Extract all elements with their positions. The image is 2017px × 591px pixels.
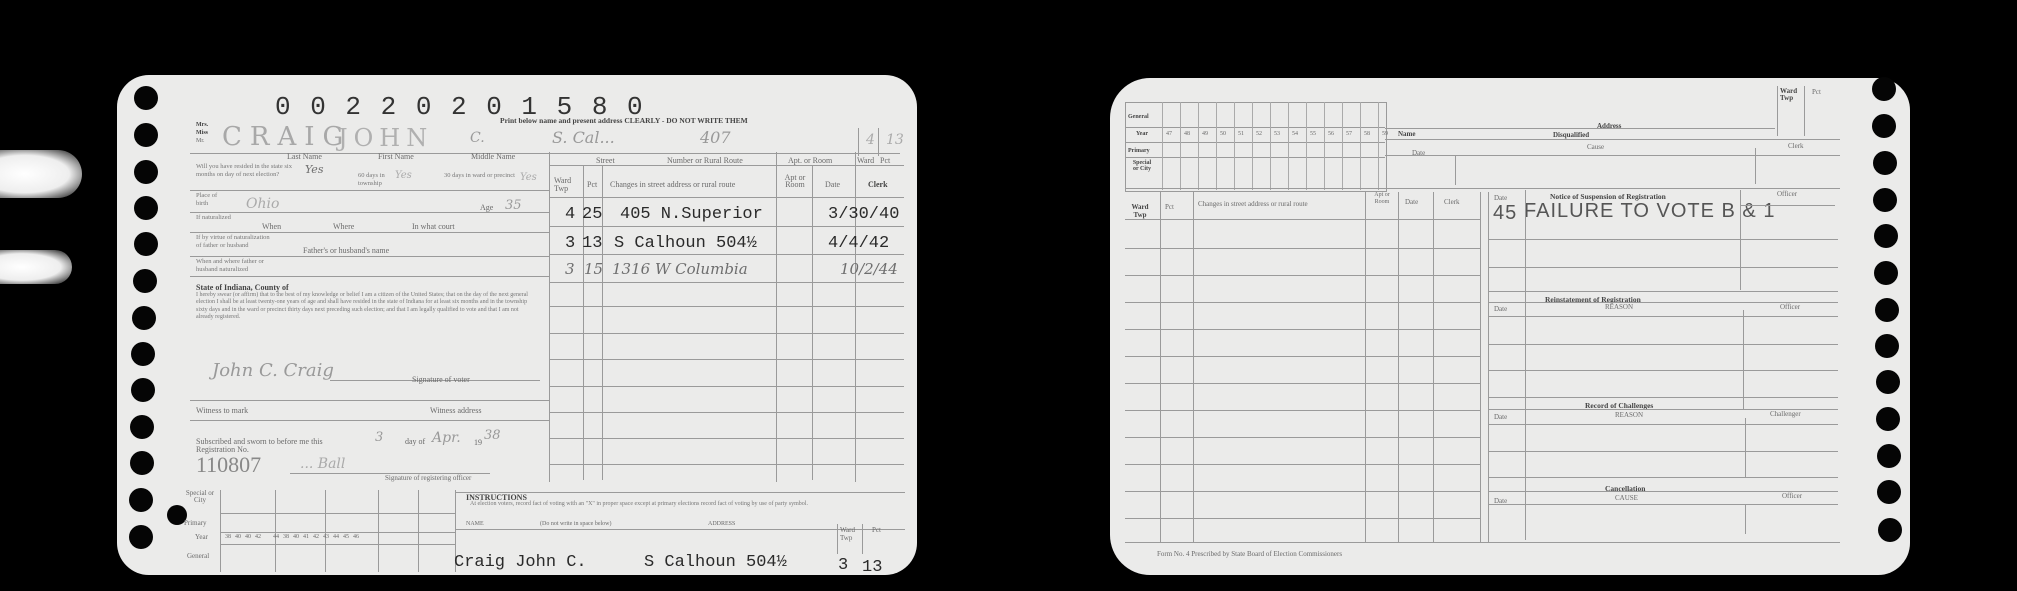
divider <box>1125 464 1480 465</box>
cancellation-cause-label: CAUSE <box>1615 494 1638 502</box>
year-column: 54 <box>1288 102 1306 190</box>
divider <box>1125 542 1840 543</box>
change-row-3-address: 1316 W Columbia <box>612 260 748 278</box>
year-cell: 57 <box>1346 131 1352 137</box>
reinstatement-officer-label: Officer <box>1780 303 1800 311</box>
day-of-label: day of <box>405 437 425 446</box>
when-where-label: When and where father or husband natural… <box>196 258 276 274</box>
divider <box>1125 518 1480 519</box>
punch-hole <box>1878 518 1902 542</box>
year-cell: 45 <box>343 534 349 540</box>
year-cell: 59 <box>1382 131 1388 137</box>
grid-label-primary: Primary <box>184 519 207 527</box>
divider <box>549 254 904 255</box>
divider <box>549 333 904 334</box>
year-cell: 44 <box>333 534 339 540</box>
divider <box>812 165 813 480</box>
year-column: 57 <box>1342 102 1360 190</box>
divider <box>1488 239 1838 240</box>
divider <box>1745 418 1746 478</box>
age-label: Age <box>480 203 493 212</box>
divider <box>1488 370 1838 371</box>
divider <box>220 513 455 514</box>
year-column: 59 <box>1378 102 1396 190</box>
punch-hole <box>1873 151 1897 175</box>
instruction-header: Print below name and present address CLE… <box>500 116 748 125</box>
punch-hole <box>1877 444 1901 468</box>
divider <box>1488 504 1838 505</box>
subscribed-year: 38 <box>484 428 501 443</box>
divider <box>1488 424 1838 425</box>
grid-label-year: Year <box>195 533 208 541</box>
divider <box>1125 188 1840 189</box>
change-row-2-pct: 13 <box>582 234 602 253</box>
year-cell: 58 <box>1364 131 1370 137</box>
divider <box>1193 192 1194 542</box>
back-disqualified-label: Disqualified <box>1553 131 1589 139</box>
changes-header-date: Date <box>825 180 840 189</box>
last-name-label: Last Name <box>287 152 322 161</box>
challenges-challenger-label: Challenger <box>1770 410 1801 418</box>
punch-hole <box>134 160 158 184</box>
number-value: 407 <box>700 128 731 147</box>
year-cell: 46 <box>353 534 359 540</box>
divider <box>549 282 904 283</box>
pct-value: 13 <box>886 132 904 148</box>
punch-hole <box>131 378 155 402</box>
divider <box>1743 310 1744 410</box>
middle-name-value: C. <box>470 130 485 146</box>
divider <box>1745 504 1746 534</box>
changes-header-apt: Apt or Room <box>782 174 808 188</box>
divider <box>220 532 455 533</box>
change-row-2-date: 4/4/42 <box>828 234 889 253</box>
back-clerk-label: Clerk <box>1788 142 1804 150</box>
ward-label: Ward <box>857 156 874 165</box>
divider <box>190 190 550 191</box>
divider <box>1455 155 1456 185</box>
by-father-label: If by virtue of naturalization of father… <box>196 234 276 250</box>
reinstatement-reason-label: REASON <box>1605 303 1633 311</box>
suspension-date-label: Date <box>1494 194 1507 202</box>
year-cell: 52 <box>1256 131 1262 137</box>
divider <box>1488 316 1838 317</box>
suspension-officer-label: Officer <box>1777 190 1797 198</box>
footer-name-label: NAME <box>466 521 484 527</box>
place-of-birth-value: Ohio <box>246 196 279 212</box>
punch-hole <box>131 342 155 366</box>
year-cell: 50 <box>1220 131 1226 137</box>
divider <box>1398 192 1399 542</box>
divider <box>1488 291 1838 292</box>
registering-officer-signature: ... Ball <box>300 456 345 472</box>
back-changes-header-date: Date <box>1405 198 1418 206</box>
divider <box>549 197 904 198</box>
if-naturalized-label: If naturalized <box>196 214 236 222</box>
number-label: Number or Rural Route <box>667 156 743 165</box>
divider <box>275 490 276 572</box>
year-cell: 42 <box>255 534 261 540</box>
changes-header-pct: Pct <box>587 180 597 189</box>
divider <box>1385 128 1775 129</box>
back-pct-label: Pct <box>1812 88 1821 96</box>
divider <box>549 438 904 439</box>
change-row-2-address: S Calhoun 504½ <box>614 234 757 253</box>
divider <box>1488 302 1838 303</box>
punch-hole <box>129 488 153 512</box>
street-label: Street <box>596 156 615 165</box>
divider <box>190 232 550 233</box>
divider <box>549 152 550 482</box>
divider <box>1488 192 1489 542</box>
divider <box>862 524 863 554</box>
year-cell: 42 <box>313 534 319 540</box>
year-prefix: 19 <box>474 438 482 447</box>
age-value: 35 <box>505 198 522 213</box>
year-cell: 40 <box>293 534 299 540</box>
change-row-1-date: 3/30/40 <box>828 205 899 224</box>
change-row-3-ward: 3 <box>565 260 575 278</box>
grid-label-year: Year <box>1136 131 1148 137</box>
divider <box>418 490 419 572</box>
punch-hole <box>1872 77 1896 101</box>
naturalized-court-label: In what court <box>412 222 455 231</box>
back-changes-header-ward: Ward Twp <box>1127 203 1153 219</box>
first-name-label: First Name <box>378 152 414 161</box>
naturalized-where-label: Where <box>333 222 354 231</box>
footer-entry-address: S Calhoun 504½ <box>644 553 787 572</box>
grid-label-special: Special or City <box>1130 160 1154 172</box>
changes-header-address: Changes in street address or rural route <box>610 180 735 189</box>
year-cell: 38 <box>225 534 231 540</box>
subscribed-day: 3 <box>375 430 383 445</box>
year-cell: 49 <box>1202 131 1208 137</box>
year-column: 58 <box>1360 102 1378 190</box>
change-row-2-ward: 3 <box>565 234 575 253</box>
middle-name-label: Middle Name <box>471 152 515 161</box>
year-column: 56 <box>1324 102 1342 190</box>
divider <box>1488 477 1838 478</box>
punch-hole <box>1876 407 1900 431</box>
divider <box>190 212 550 213</box>
divider <box>1755 148 1756 184</box>
divider <box>1125 275 1480 276</box>
divider <box>549 412 904 413</box>
punch-hole <box>129 525 153 549</box>
punch-hole <box>134 232 158 256</box>
back-name-label: Name <box>1398 130 1416 138</box>
divider <box>1125 437 1480 438</box>
apt-label: Apt. or Room <box>788 156 832 165</box>
punch-hole <box>1876 370 1900 394</box>
year-column: 51 <box>1234 102 1252 190</box>
year-cell: 40 <box>235 534 241 540</box>
witness-address-label: Witness address <box>430 406 481 415</box>
punch-hole <box>130 415 154 439</box>
punch-hole <box>1875 334 1899 358</box>
first-name-value: JOHN <box>338 124 433 152</box>
punch-hole <box>132 306 156 330</box>
divider <box>837 524 838 554</box>
back-changes-header-apt: Apt or Room <box>1368 192 1396 206</box>
divider <box>1525 190 1526 540</box>
grid-years: 38 40 40 42 44 38 40 41 42 43 44 45 46 <box>225 534 359 540</box>
changes-header-ward: Ward Twp <box>554 177 580 193</box>
punch-hole <box>134 196 158 220</box>
cancellation-officer-label: Officer <box>1782 492 1802 500</box>
year-column: 52 <box>1252 102 1270 190</box>
punch-hole <box>1875 298 1899 322</box>
divider <box>1125 219 1480 220</box>
year-cell: 48 <box>1184 131 1190 137</box>
year-column: 49 <box>1198 102 1216 190</box>
year-cell: 56 <box>1328 131 1334 137</box>
divider <box>1488 409 1838 410</box>
punch-hole <box>1874 224 1898 248</box>
footer-entry-pct: 13 <box>862 558 882 577</box>
divider <box>190 276 550 277</box>
change-row-3-date: 10/2/44 <box>840 260 898 278</box>
year-cell: 53 <box>1274 131 1280 137</box>
divider <box>1488 267 1838 268</box>
footer-entry-ward: 3 <box>838 556 848 575</box>
punch-hole <box>1873 188 1897 212</box>
divider <box>1777 86 1778 136</box>
year-cell: 41 <box>303 534 309 540</box>
change-row-1-ward: 4 <box>565 205 575 224</box>
divider <box>1740 205 1835 206</box>
last-name-value: CRAIG <box>222 122 351 152</box>
registration-number: 110807 <box>196 452 261 478</box>
back-cause-label: Cause <box>1587 143 1604 151</box>
year-column: 53 <box>1270 102 1288 190</box>
challenges-reason-label: REASON <box>1615 411 1643 419</box>
residency-township-answer: Yes <box>395 170 412 181</box>
reinstatement-date-label: Date <box>1494 305 1507 313</box>
registering-officer-label: Signature of registering officer <box>385 474 471 482</box>
grid-label-general: General <box>187 552 209 560</box>
oath-text: I hereby swear (or affirm) that to the b… <box>196 292 536 321</box>
divider <box>325 490 326 572</box>
place-of-birth-label: Place of birth <box>196 192 226 208</box>
residency-state-answer: Yes <box>305 163 323 176</box>
divider <box>855 152 856 482</box>
changes-header-clerk: Clerk <box>868 180 888 189</box>
divider <box>549 226 904 227</box>
voter-signature: John C. Craig <box>212 360 334 381</box>
year-cell: 55 <box>1310 131 1316 137</box>
back-changes-header-address: Changes in street address or rural route <box>1198 200 1308 208</box>
punch-hole <box>1877 480 1901 504</box>
scan-glare <box>0 150 82 198</box>
challenges-date-label: Date <box>1494 413 1507 421</box>
ward-value: 4 <box>866 132 875 148</box>
signature-label: Signature of voter <box>412 375 470 384</box>
divider <box>549 359 904 360</box>
divider <box>776 152 777 482</box>
form-footer: Form No. 4 Prescribed by State Board of … <box>1157 550 1342 558</box>
grid-label-general: General <box>1128 114 1149 120</box>
divider <box>1125 248 1480 249</box>
year-cell: 40 <box>245 534 251 540</box>
grid-label-primary: Primary <box>1128 148 1150 154</box>
year-cell: 47 <box>1166 131 1172 137</box>
year-column: 47 <box>1162 102 1180 190</box>
street-value: S. Cal... <box>552 128 615 147</box>
naturalized-when-label: When <box>262 222 281 231</box>
scan-glare <box>0 250 72 284</box>
divider <box>1160 192 1161 542</box>
divider <box>549 464 904 465</box>
salutation-miss: Miss <box>196 130 208 136</box>
punch-hole <box>1872 114 1896 138</box>
divider <box>549 306 904 307</box>
residency-ward-label: 30 days in ward or precinct <box>444 172 516 180</box>
fathers-name-label: Father's or husband's name <box>303 246 389 255</box>
punch-hole <box>134 123 158 147</box>
year-column: 50 <box>1216 102 1234 190</box>
instructions-text: At election voters, record fact of votin… <box>470 501 890 508</box>
suspension-stamp-date: 45 <box>1493 202 1517 225</box>
divider <box>1385 155 1840 156</box>
divider <box>220 490 221 572</box>
year-column: 55 <box>1306 102 1324 190</box>
divider <box>1804 86 1805 136</box>
divider <box>1125 329 1480 330</box>
divider <box>1125 383 1480 384</box>
punch-hole <box>134 86 158 110</box>
divider <box>878 128 879 156</box>
footer-entry-name: Craig John C. <box>454 553 587 572</box>
year-cell: 38 <box>283 534 289 540</box>
divider <box>1488 344 1838 345</box>
grid-year-columns: 47 48 49 50 51 52 53 54 55 56 57 58 59 <box>1162 102 1396 190</box>
divider <box>1125 410 1480 411</box>
back-ward-label: Ward Twp <box>1780 88 1800 102</box>
suspension-stamp-text: FAILURE TO VOTE B & 1 <box>1524 200 1775 223</box>
divider <box>1125 491 1480 492</box>
divider <box>378 490 379 572</box>
salutation-mr: Mr. <box>196 138 205 144</box>
year-cell: 51 <box>1238 131 1244 137</box>
residency-state-question: Will you have resided in the state six m… <box>196 163 292 179</box>
witness-label: Witness to mark <box>196 406 248 415</box>
year-cell: 54 <box>1292 131 1298 137</box>
divider <box>1480 192 1481 542</box>
divider <box>1488 397 1838 398</box>
residency-ward-answer: Yes <box>520 172 537 183</box>
footer-pct-label: Pct <box>872 526 881 534</box>
footer-address-label: ADDRESS <box>708 521 735 527</box>
divider <box>549 165 904 166</box>
change-row-1-pct: 25 <box>582 205 602 224</box>
punch-hole <box>1874 261 1898 285</box>
year-column: 48 <box>1180 102 1198 190</box>
divider <box>1365 192 1366 542</box>
pct-label: Pct <box>880 156 890 165</box>
change-row-3-pct: 15 <box>584 260 603 278</box>
divider <box>549 386 904 387</box>
change-row-1-address: 405 N.Superior <box>620 205 763 224</box>
oath-heading: State of Indiana, County of <box>196 283 289 292</box>
footer-ward-label: Ward Twp <box>840 526 860 542</box>
punch-hole <box>133 269 157 293</box>
subscribed-month: Apr. <box>432 430 461 446</box>
year-cell: 44 <box>273 534 279 540</box>
grid-label-special: Special or City <box>185 490 215 504</box>
divider <box>1125 302 1480 303</box>
divider <box>190 256 550 257</box>
divider <box>1433 192 1434 542</box>
do-not-write-label: (Do not write in space below) <box>540 521 611 527</box>
salutation-mrs: Mrs. <box>196 122 208 128</box>
divider <box>1488 491 1838 492</box>
divider <box>1385 139 1840 140</box>
divider <box>220 544 455 545</box>
divider <box>190 400 550 401</box>
punch-hole <box>130 451 154 475</box>
divider <box>190 420 550 421</box>
divider <box>1488 451 1838 452</box>
divider <box>1125 356 1480 357</box>
back-changes-header-pct: Pct <box>1165 203 1174 211</box>
year-cell: 43 <box>323 534 329 540</box>
back-changes-header-clerk: Clerk <box>1444 198 1460 206</box>
divider <box>858 128 859 156</box>
